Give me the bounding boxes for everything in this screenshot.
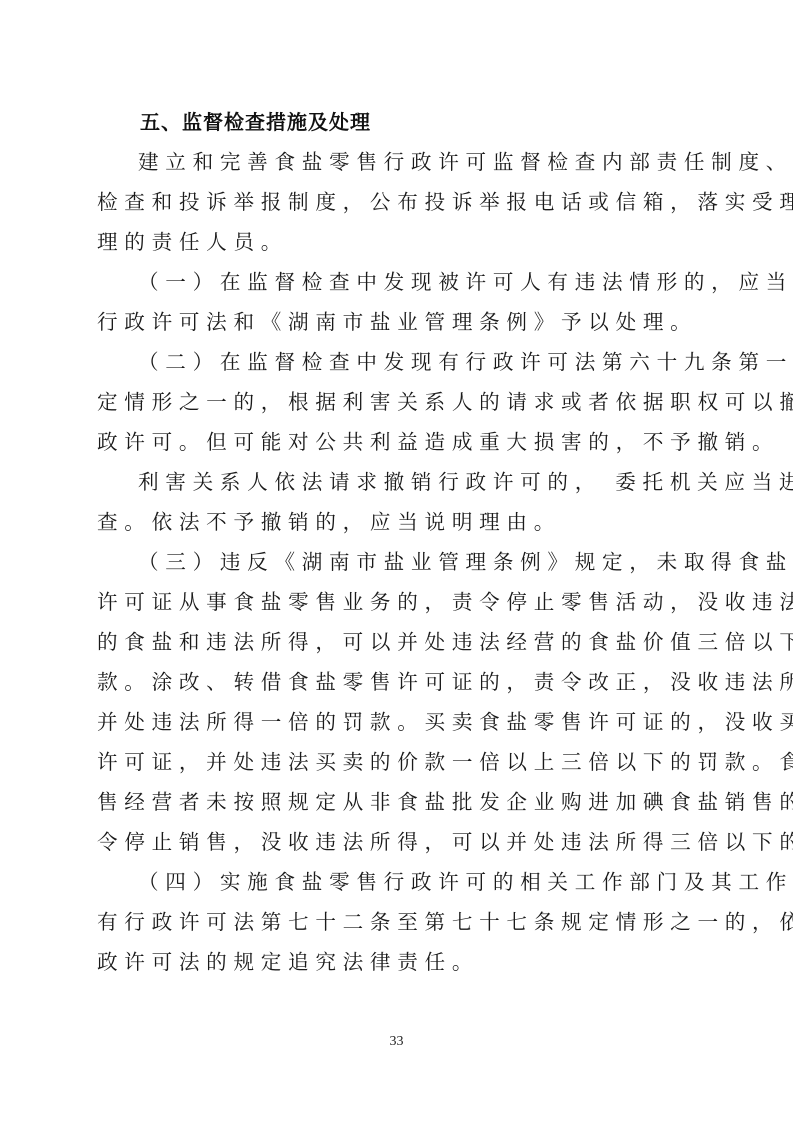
paragraph-item-3: （三）违反《湖南市盐业管理条例》规定，未取得食盐零售 许可证从事食盐零售业务的，… xyxy=(97,542,701,862)
text-line: 定情形之一的，根据利害关系人的请求或者依据职权可以撤销行 xyxy=(97,382,701,422)
text-line: 政许可。但可能对公共利益造成重大损害的，不予撤销。 xyxy=(97,422,701,462)
section-heading: 五、监督检查措施及处理 xyxy=(97,102,701,142)
page-number: 33 xyxy=(0,1034,793,1050)
paragraph-revocation-request: 利害关系人依法请求撤销行政许可的， 委托机关应当进行核 查。依法不予撤销的，应当… xyxy=(97,462,701,542)
text-line: 政许可法的规定追究法律责任。 xyxy=(97,942,701,982)
text-line: 建立和完善食盐零售行政许可监督检查内部责任制度、定期 xyxy=(97,142,701,182)
text-line: 许可证从事食盐零售业务的，责令停止零售活动，没收违法经营 xyxy=(97,582,701,622)
text-line: （四）实施食盐零售行政许可的相关工作部门及其工作人员 xyxy=(97,862,701,902)
paragraph-item-1: （一）在监督检查中发现被许可人有违法情形的，应当依照 行政许可法和《湖南市盐业管… xyxy=(97,262,701,342)
text-line: 检查和投诉举报制度，公布投诉举报电话或信箱，落实受理或处 xyxy=(97,182,701,222)
text-line: 查。依法不予撤销的，应当说明理由。 xyxy=(97,502,701,542)
text-line: 利害关系人依法请求撤销行政许可的， 委托机关应当进行核 xyxy=(97,462,701,502)
text-line: （二）在监督检查中发现有行政许可法第六十九条第一款规 xyxy=(97,342,701,382)
text-line: 有行政许可法第七十二条至第七十七条规定情形之一的，依照行 xyxy=(97,902,701,942)
text-line: 理的责任人员。 xyxy=(97,222,701,262)
paragraph-item-2: （二）在监督检查中发现有行政许可法第六十九条第一款规 定情形之一的，根据利害关系… xyxy=(97,342,701,462)
document-page: 五、监督检查措施及处理 建立和完善食盐零售行政许可监督检查内部责任制度、定期 检… xyxy=(97,102,701,982)
text-line: 行政许可法和《湖南市盐业管理条例》予以处理。 xyxy=(97,302,701,342)
text-line: （一）在监督检查中发现被许可人有违法情形的，应当依照 xyxy=(97,262,701,302)
text-line: 的食盐和违法所得，可以并处违法经营的食盐价值三倍以下的罚 xyxy=(97,622,701,662)
text-line: 款。涂改、转借食盐零售许可证的，责令改正，没收违法所得， xyxy=(97,662,701,702)
paragraph-responsibility-system: 建立和完善食盐零售行政许可监督检查内部责任制度、定期 检查和投诉举报制度，公布投… xyxy=(97,142,701,262)
text-line: 售经营者未按照规定从非食盐批发企业购进加碘食盐销售的，责 xyxy=(97,782,701,822)
paragraph-item-4: （四）实施食盐零售行政许可的相关工作部门及其工作人员 有行政许可法第七十二条至第… xyxy=(97,862,701,982)
text-line: 并处违法所得一倍的罚款。买卖食盐零售许可证的，没收买卖的 xyxy=(97,702,701,742)
text-line: 许可证，并处违法买卖的价款一倍以上三倍以下的罚款。食盐零 xyxy=(97,742,701,782)
text-line: （三）违反《湖南市盐业管理条例》规定，未取得食盐零售 xyxy=(97,542,701,582)
text-line: 令停止销售，没收违法所得，可以并处违法所得三倍以下的罚款。 xyxy=(97,822,701,862)
